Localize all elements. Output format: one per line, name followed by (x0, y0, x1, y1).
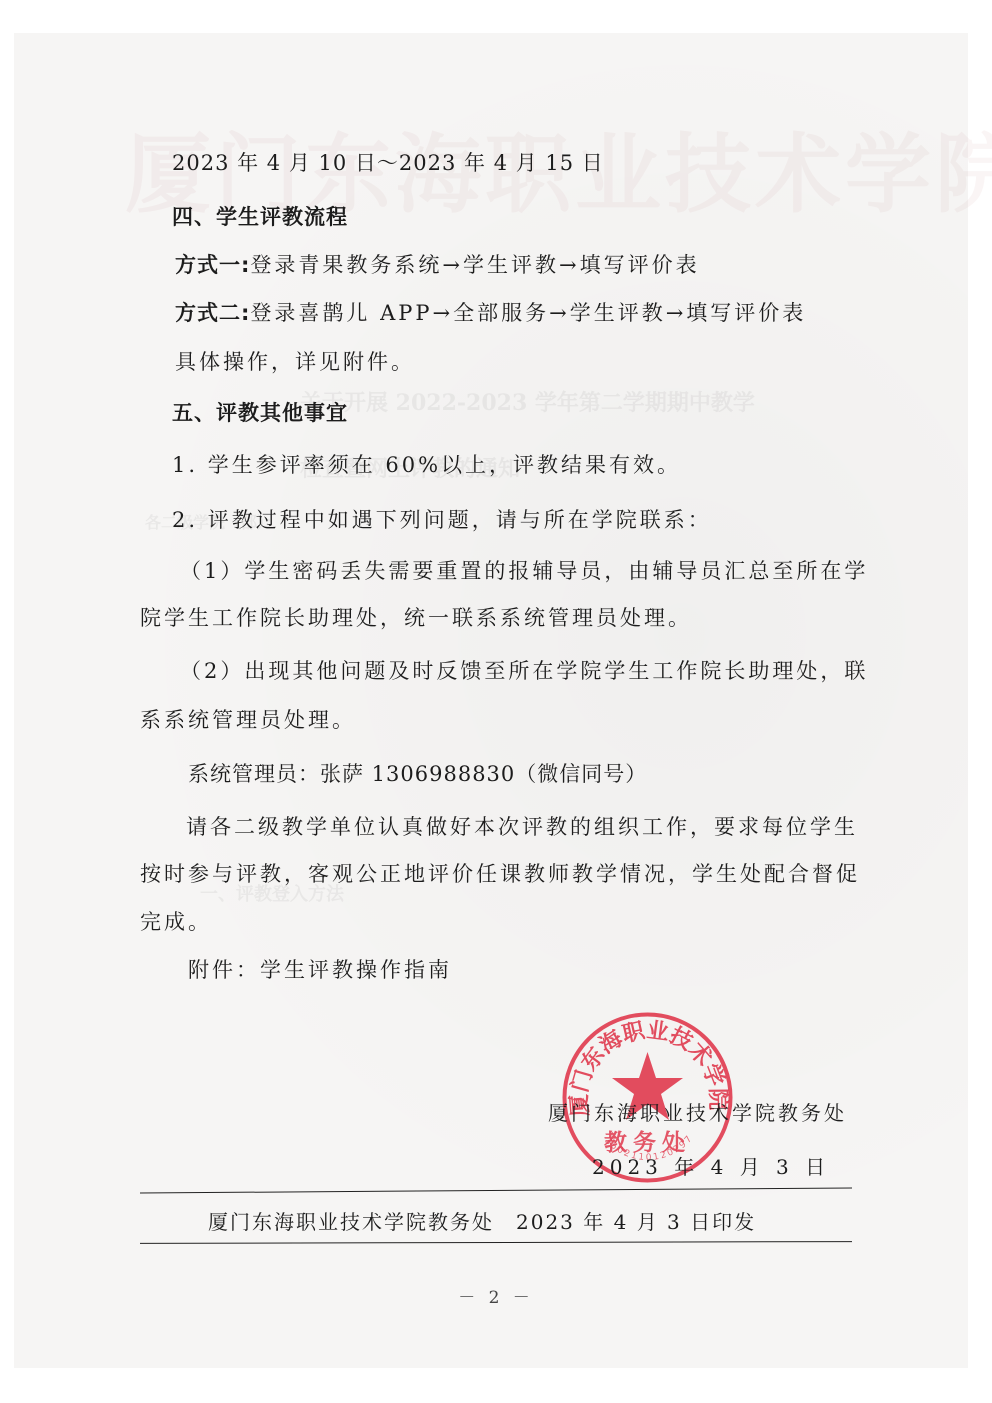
method-1: 方式一:登录青果教务系统→学生评教→填写评价表 (175, 255, 700, 276)
signature-date: 2023 年 4 月 3 日 (592, 1157, 830, 1177)
attachment-link[interactable]: 附件：学生评教操作指南 (188, 960, 452, 981)
footer-issuance: 厦门东海职业技术学院教务处 2023 年 4 月 3 日印发 (208, 1212, 756, 1232)
section-5-item-2: 2. 评教过程中如遇下列问题，请与所在学院联系： (172, 510, 712, 531)
method-2-text: 登录喜鹊儿 APP→全部服务→学生评教→填写评价表 (250, 301, 806, 325)
method-2: 方式二:登录喜鹊儿 APP→全部服务→学生评教→填写评价表 (175, 303, 806, 324)
section-5-item-1: 1. 学生参评率须在 60%以上，评教结果有效。 (172, 455, 681, 476)
section-4-note: 具体操作，详见附件。 (175, 352, 415, 373)
section-5-sub-1-line-2: 院学生工作院长助理处，统一联系系统管理员处理。 (140, 608, 692, 629)
closing-line-3: 完成。 (140, 912, 212, 933)
method-1-text: 登录青果教务系统→学生评教→填写评价表 (250, 253, 699, 277)
system-admin-contact: 系统管理员：张萨 1306988830（微信同号） (188, 764, 647, 785)
page-number: － 2 － (0, 1283, 992, 1308)
signature-organization: 厦门东海职业技术学院教务处 (548, 1103, 847, 1123)
section-5-sub-2-line-2: 系系统管理员处理。 (140, 710, 356, 731)
method-1-label: 方式一: (175, 253, 250, 277)
closing-line-2: 按时参与评教，客观公正地评价任课教师教学情况，学生处配合督促 (140, 864, 860, 885)
section-4-heading: 四、学生评教流程 (172, 207, 348, 228)
closing-line-1: 请各二级教学单位认真做好本次评教的组织工作，要求每位学生 (186, 817, 858, 838)
section-5-sub-2-line-1: （2）出现其他问题及时反馈至所在学院学生工作院长助理处，联 (180, 661, 868, 682)
method-2-label: 方式二: (175, 301, 250, 325)
section-5-sub-1-line-1: （1）学生密码丢失需要重置的报辅导员，由辅导员汇总至所在学 (180, 561, 868, 582)
section-5-heading: 五、评教其他事宜 (172, 403, 348, 424)
evaluation-date-range: 2023 年 4 月 10 日～2023 年 4 月 15 日 (172, 153, 604, 174)
